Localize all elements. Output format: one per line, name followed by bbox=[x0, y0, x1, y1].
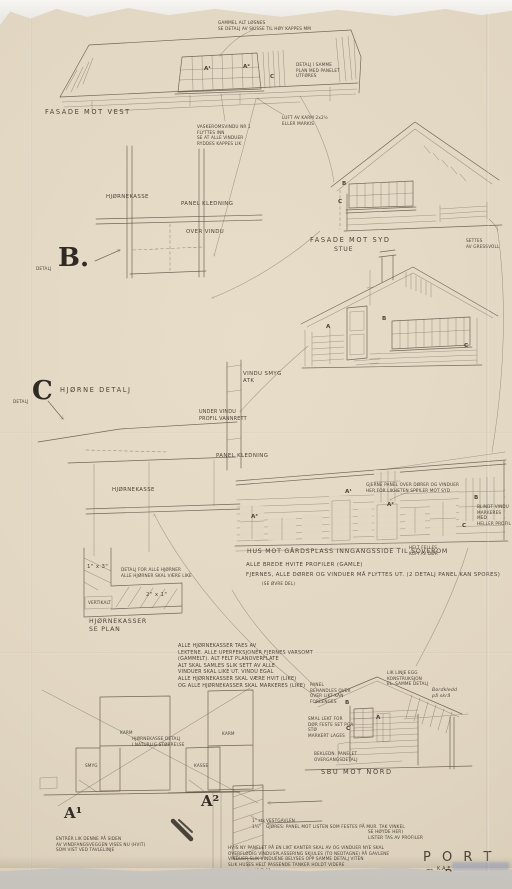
annotation-marker-b-lang: B bbox=[474, 495, 478, 503]
annotation-bigletter-c: C bbox=[32, 378, 53, 404]
annotation-bordkledd-note: Bordkledd på skrå bbox=[432, 688, 457, 700]
paper: GAMMEL ALT LØSNES SE DETALJ AV SKISSE TI… bbox=[0, 0, 512, 889]
annotation-sbu-caption: SBU MOT NORD bbox=[321, 768, 393, 777]
annotation-vindu-smyg: VINDU SMYG ATK bbox=[243, 371, 282, 386]
annotation-karm-a2: KARM bbox=[222, 731, 235, 737]
annotation-hjornekasse-b: HJØRNEKASSE bbox=[106, 194, 149, 201]
annotation-luft-karm-note: LUFT AV KARM 2x2½ ELLER MARKIS bbox=[282, 115, 328, 126]
annotation-smyg-a1: SMYG bbox=[85, 763, 98, 769]
annotation-bigletter-a2: A² bbox=[201, 794, 219, 809]
drawing-hjornekasse-detalj bbox=[84, 548, 182, 617]
annotation-vertikalt-tag: VERTIKALT bbox=[88, 600, 111, 606]
annotation-over-vindu: OVER VINDU bbox=[186, 229, 224, 236]
annotation-stue-caption: STUE bbox=[334, 246, 353, 254]
annotation-marker-c-ost: C bbox=[464, 343, 468, 351]
annotation-overgang-note: BEKLEDN. PANELET OVERGANGSDETALJ bbox=[314, 751, 358, 762]
drawing-langfasade bbox=[235, 452, 508, 551]
annotation-marker-a-sbu: A bbox=[376, 715, 380, 723]
annotation-gjerne-panel-note: GJERNE PANEL OVER DØRER OG VINDUER HER F… bbox=[366, 482, 459, 493]
annotation-marker-c-sbu: C bbox=[346, 726, 350, 734]
annotation-marker-c-syd: C bbox=[338, 199, 342, 207]
annotation-lik-linje-note: LIK LINJE EGG KONSTRUKSJON EL. SAMME DET… bbox=[387, 670, 428, 687]
annotation-vaskeroms-note: VASKEROMSVINDU NR 1 FLYTTES INN SE AT AL… bbox=[197, 124, 251, 147]
scanned-sheet: GAMMEL ALT LØSNES SE DETALJ AV SKISSE TI… bbox=[0, 0, 512, 889]
annotation-naturlig-note: HJØRNEKASSE DETALJ I NATURLIG STØRRELSE bbox=[132, 736, 185, 747]
annotation-dim-2x1: 2" x 1" bbox=[146, 592, 167, 599]
annotation-entre-note: ENTRÉR LIK DENNE PÅ SIDEN AV VINDFANGSVE… bbox=[56, 836, 145, 853]
annotation-marker-c-vest: C bbox=[270, 74, 274, 82]
annotation-helt-felles-note: HELT FELLES KOPI AV DØR bbox=[409, 545, 438, 556]
annotation-marker-a2-vest: A² bbox=[243, 64, 250, 72]
archive-stamp bbox=[452, 862, 509, 871]
annotation-karm-a1: KARM bbox=[120, 730, 133, 736]
drawing-canvas bbox=[0, 0, 512, 889]
annotation-panel-kledning-c: PANEL KLEDNING bbox=[216, 453, 268, 460]
leader-lines bbox=[154, 29, 503, 824]
annotation-blind-vindu-note: BLINDT VINDU MARKERES MED HELLER PROFIL bbox=[477, 504, 511, 527]
annotation-detalj-alle-hjorner: DETALJ FOR ALLE HJØRNER ALLE HJØRNER SKA… bbox=[121, 567, 192, 578]
annotation-marker-a-ost: A bbox=[326, 324, 330, 332]
annotation-top-note: GAMMEL ALT LØSNES SE DETALJ AV SKISSE TI… bbox=[218, 20, 311, 31]
annotation-hjornekasser-caption: HJØRNEKASSER SE PLAN bbox=[89, 618, 147, 635]
annotation-alle-brede-note: ALLE BREDE HVITE PROFILER (GAMLE) bbox=[246, 562, 363, 569]
annotation-marker-b-syd: B bbox=[342, 181, 346, 189]
annotation-hjornekasse-c: HJØRNEKASSE bbox=[112, 487, 155, 494]
drawing-fasade-syd bbox=[331, 122, 502, 231]
annotation-fasade-syd-caption: FASADE MOT SYD bbox=[310, 236, 391, 245]
annotation-se-ovre-del: (SE ØVRE DEL) bbox=[262, 581, 295, 587]
annotation-marker-a3-lang: A³ bbox=[251, 514, 258, 522]
annotation-gressvoll-note: SETTES AV GRESSVOLL bbox=[466, 238, 499, 249]
annotation-marker-b-ost: B bbox=[382, 316, 386, 324]
annotation-kasse-a2: KASSE bbox=[194, 763, 208, 769]
annotation-marker-a1-lang: A¹ bbox=[345, 489, 352, 497]
annotation-bigletter-b: B. bbox=[58, 245, 89, 271]
annotation-fjernes-note: FJERNES, ALLE DØRER OG VINDUER MÅ FLYTTE… bbox=[246, 572, 500, 579]
annotation-vestgavlen-note: VESTGAVLEN GJØRES: PANEL MOT LISTEN SOM … bbox=[266, 818, 405, 829]
annotation-hjorne-detalj-caption: HJØRNE DETALJ bbox=[60, 386, 132, 395]
annotation-detalj-samme-note: DETALJ I SAMME PLAN MED PANELET UTFØRES bbox=[296, 62, 340, 79]
annotation-panel-kledning-b: PANEL KLEDNING bbox=[181, 201, 233, 208]
annotation-marker-b-sbu: B bbox=[345, 700, 349, 708]
paper-bottom-shadow bbox=[0, 856, 512, 868]
annotation-hoyde-note: SE HØYDE HER) LISTER TAS AV PROFILER bbox=[368, 829, 423, 840]
annotation-bigletter-a1: A¹ bbox=[64, 806, 82, 821]
drawing-kjokkenside bbox=[301, 250, 498, 368]
drawing-detalj-b bbox=[95, 146, 262, 278]
annotation-hovedtekst: ALLE HJØRNEKASSER TAES AV LEKTENE. ALLE … bbox=[178, 643, 313, 689]
annotation-under-vindu: UNDER VINDU PROFIL VANNRETT bbox=[199, 409, 247, 422]
annotation-dim-1x3: 1" x 3" bbox=[87, 564, 108, 571]
annotation-detalj-c-tag: DETALJ bbox=[13, 399, 28, 405]
annotation-fasade-vest-caption: FASADE MOT VEST bbox=[45, 108, 131, 117]
annotation-detalj-b-tag: DETALJ bbox=[36, 266, 51, 272]
annotation-marker-c-lang: C bbox=[462, 523, 466, 531]
annotation-marker-a2-lang: A² bbox=[387, 502, 394, 510]
annotation-stk-dim: 1" stk 1¼" bbox=[252, 818, 265, 829]
annotation-marker-a1-vest: A¹ bbox=[204, 66, 211, 74]
